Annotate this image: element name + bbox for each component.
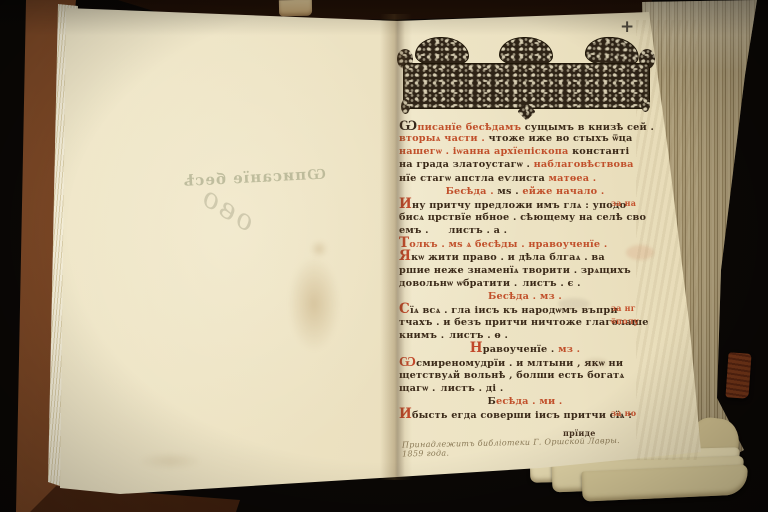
page-corner-stack <box>581 464 748 501</box>
text-line: Толкъ . мѕ ѧ бесѣды . нравоученїе . <box>399 237 651 250</box>
text-line: Ину притчу предложи имъ глѧ : уподоза на <box>399 198 651 211</box>
text-segment: книмъ . листъ . ѳ . <box>399 330 508 341</box>
text-segment: мз . <box>540 291 562 302</box>
text-line: Бесѣда . мѕ . ейже начало . <box>399 185 651 198</box>
margin-note: за нг <box>611 304 657 313</box>
text-segment: на града златоустагѡ . <box>399 159 534 170</box>
text-segment: довольнѡ ѡбратити . листъ . є . <box>399 278 581 289</box>
text-segment: смиреномудрїи . и млтыни , якѡ ни <box>416 358 623 369</box>
text-segment: олкъ . мѕ ѧ бесѣды . нравоученїе . <box>409 239 607 250</box>
text-line: щагѡ . листъ . ді . <box>399 382 651 395</box>
text-segment: мз . <box>558 344 580 355</box>
text-segment: Бесѣда . <box>446 186 498 197</box>
text-line: бисѧ црствїе нбное . сѣющему на селѣ сво <box>399 211 651 224</box>
text-line: емъ . листъ . а . <box>399 224 651 237</box>
book-photo-scene: Ѡписанїе бесѣ ово + Ѡписанїе бесѣдамъ су… <box>0 0 768 512</box>
text-segment: вторыѧ части . <box>399 133 488 144</box>
text-segment: ну притчу предложи имъ глѧ : уподо <box>412 200 626 211</box>
text-segment: чтоже иже во стыхъ ѿца <box>488 133 632 144</box>
text-segment: ршие неже знаменїѧ творити . зрѧщихъ <box>399 265 631 276</box>
text-segment: емъ . листъ . а . <box>399 225 507 236</box>
text-segment: їѧ всѧ . гла іисъ къ народѡмъ въпри <box>410 305 618 316</box>
headpiece-pendant <box>641 97 650 112</box>
stain-blob <box>288 256 340 352</box>
text-segment: матѳеа . <box>549 173 597 184</box>
text-line: довольнѡ ѡбратити . листъ . є . <box>399 277 651 290</box>
text-line: Сїѧ всѧ . гла іисъ къ народѡмъ въприза н… <box>399 303 651 316</box>
gutter-shadow <box>380 14 412 480</box>
text-line: Ѡписанїе бесѣдамъ сущымъ в книзѣ сей . <box>399 119 651 132</box>
text-line: Ибысть егда соверши іисъ притчи сїѧ :за … <box>399 408 651 421</box>
text-segment: равоученїе . <box>483 344 558 355</box>
printed-cross-mark: + <box>620 17 646 37</box>
text-segment: мѕ . <box>497 186 522 197</box>
margin-note: за на <box>611 199 657 208</box>
text-line: книмъ . листъ . ѳ . <box>399 329 651 342</box>
margin-note: ѿполу <box>611 317 657 326</box>
text-line: Якѡ жити право . и дѣла блгаѧ . ва <box>399 250 651 263</box>
text-line: вторыѧ части . чтоже иже во стыхъ ѿца <box>399 132 651 145</box>
text-segment: кѡ жити право . и дѣла блгаѧ . ва <box>411 252 605 263</box>
headpiece-ornament <box>403 39 650 119</box>
text-line: нїе стагѡ апстла еѵлиста матѳеа . <box>399 172 651 185</box>
stain-blob <box>138 452 202 470</box>
text-segment: бысть егда соверши іисъ притчи сїѧ : <box>412 410 632 421</box>
text-segment: щетствуѧй вольнѣ , болши есть богатѧ <box>399 370 624 381</box>
text-segment: нїе стагѡ апстла еѵлиста <box>399 173 549 184</box>
text-line: тчахъ . и безъ притчи ничтоже глаголашеѿ… <box>399 316 651 329</box>
text-segment: щагѡ . листъ . ді . <box>399 383 503 394</box>
text-segment: Б <box>488 396 496 407</box>
text-segment: Бесѣда . <box>488 291 540 302</box>
margin-note: за но <box>611 409 657 418</box>
text-line: Ѡсмиреномудрїи . и млтыни , якѡ ни <box>399 356 651 369</box>
text-line: ршие неже знаменїѧ творити . зрѧщихъ <box>399 264 651 277</box>
bookmark-tab <box>279 0 312 16</box>
text-line: Бесѣда . мз . <box>399 290 651 303</box>
text-line: Бесѣда . ми . <box>399 395 651 408</box>
text-block: Ѡписанїе бесѣдамъ сущымъ в книзѣ сей .вт… <box>399 119 651 421</box>
text-segment: ейже начало . <box>522 186 604 197</box>
text-line: щетствуѧй вольнѣ , болши есть богатѧ <box>399 369 651 382</box>
text-line: нашегѡ . іѡанна архїепіскопа константі <box>399 145 651 158</box>
text-segment: наблаговѣствова <box>534 159 634 170</box>
text-segment: константі <box>572 146 629 157</box>
text-segment: бисѧ црствїе нбное . сѣющему на селѣ сво <box>399 212 646 223</box>
text-segment: есѣда . ми . <box>496 396 562 407</box>
stain-blob <box>310 240 328 258</box>
text-segment: нашегѡ . іѡанна архїепіскопа <box>399 146 572 157</box>
fore-edge-leather-tab <box>725 352 751 398</box>
text-line: на града златоустагѡ . наблаговѣствова <box>399 158 651 171</box>
text-line: Нравоученїе . мз . <box>399 342 651 355</box>
text-segment: Н <box>470 340 483 356</box>
